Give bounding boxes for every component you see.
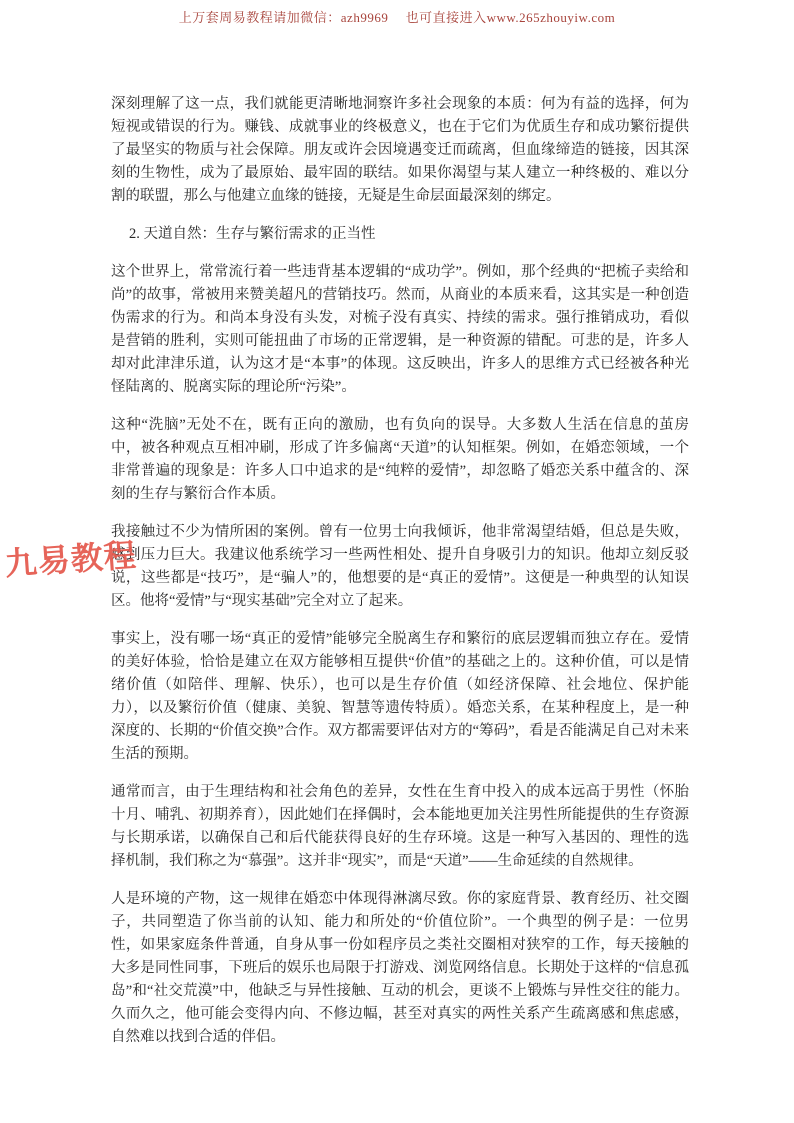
paragraph: 事实上，没有哪一场“真正的爱情”能够完全脱离生存和繁衍的底层逻辑而独立存在。爱情… [111, 628, 689, 766]
promo-header-text: 上万套周易教程请加微信：azh9969 也可直接进入www.265zhouyiw… [0, 7, 794, 26]
paragraph: 这种“洗脑”无处不在，既有正向的激励，也有负向的误导。大多数人生活在信息的茧房中… [111, 414, 689, 506]
paragraph: 通常而言，由于生理结构和社会角色的差异，女性在生育中投入的成本远高于男性（怀胎十… [111, 781, 689, 873]
document-page: 上万套周易教程请加微信：azh9969 也可直接进入www.265zhouyiw… [0, 0, 794, 1123]
paragraph: 人是环境的产物，这一规律在婚恋中体现得淋漓尽致。你的家庭背景、教育经历、社交圈子… [111, 888, 689, 1049]
section-heading: 2. 天道自然：生存与繁衍需求的正当性 [111, 223, 689, 246]
paragraph: 我接触过不少为情所困的案例。曾有一位男士向我倾诉，他非常渴望结婚，但总是失败，感… [111, 521, 689, 613]
paragraph: 这个世界上，常常流行着一些违背基本逻辑的“成功学”。例如，那个经典的“把梳子卖给… [111, 261, 689, 399]
paragraph: 深刻理解了这一点，我们就能更清晰地洞察许多社会现象的本质：何为有益的选择，何为短… [111, 93, 689, 208]
document-content: 深刻理解了这一点，我们就能更清晰地洞察许多社会现象的本质：何为有益的选择，何为短… [111, 93, 689, 1064]
